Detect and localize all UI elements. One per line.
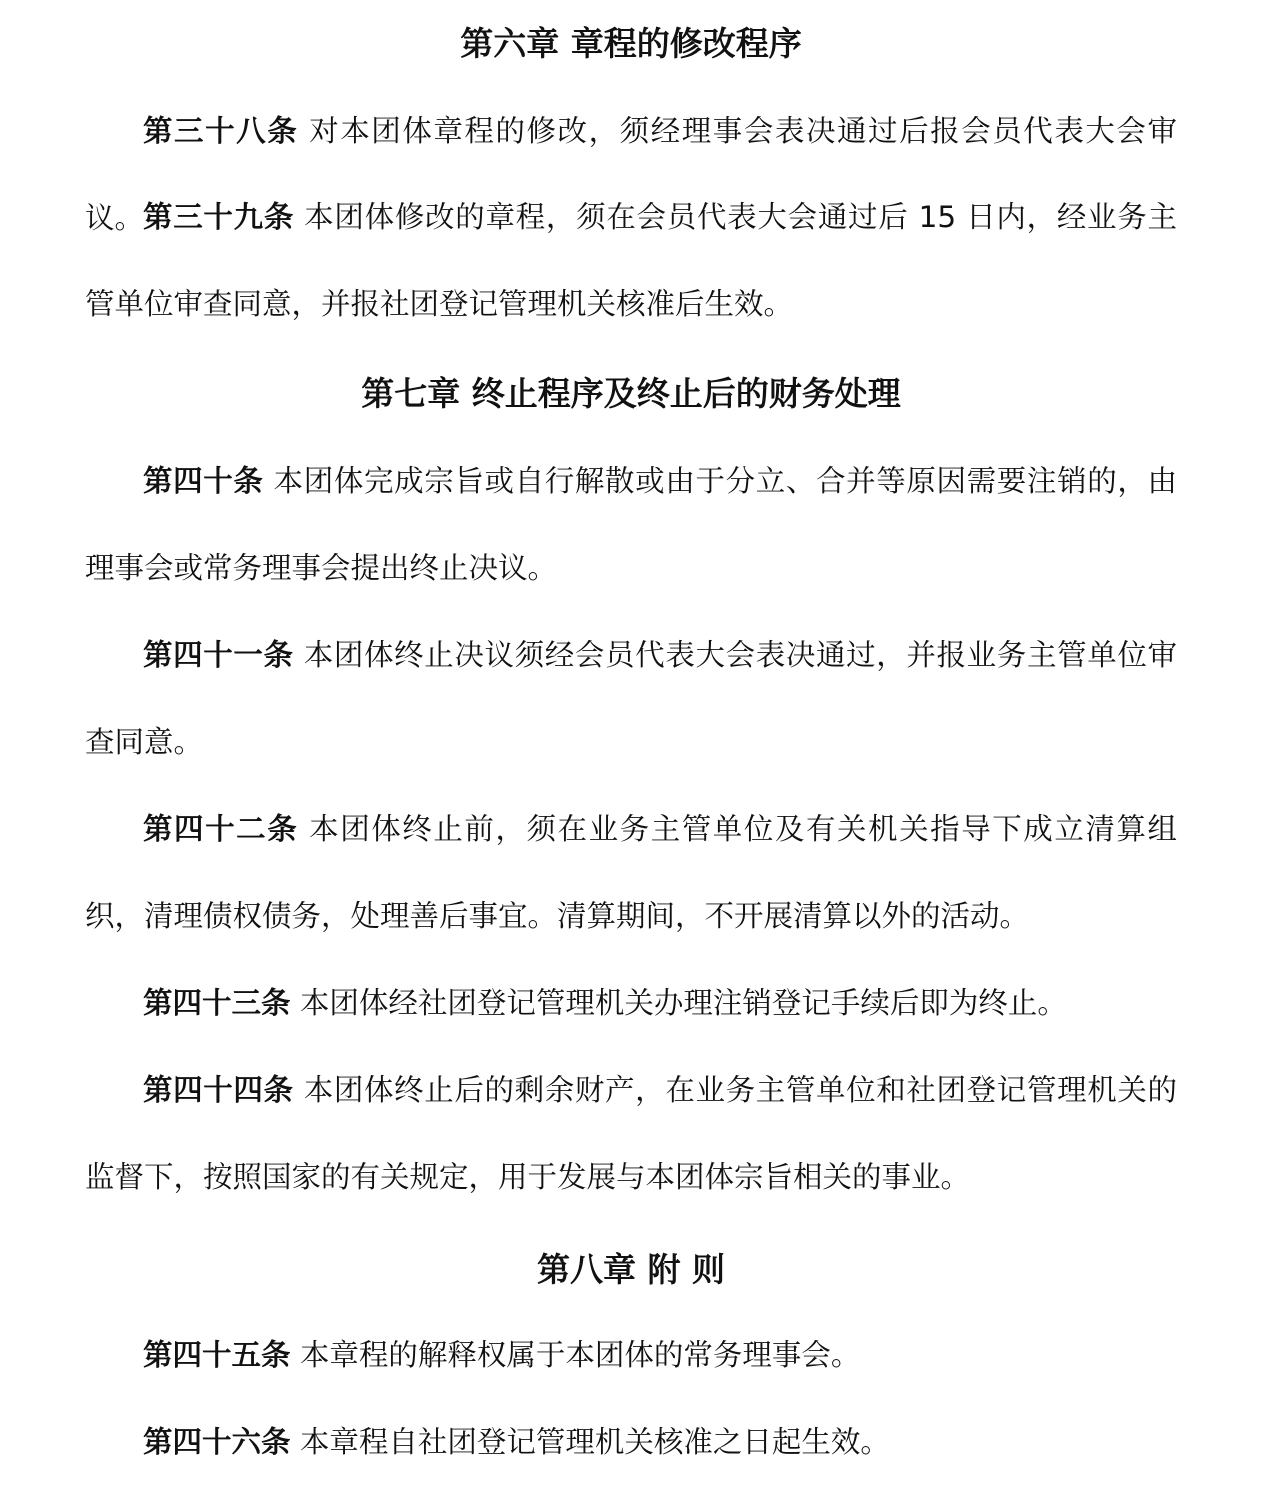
article-number: 第四十六条 (143, 1425, 291, 1459)
article-44: 第四十四条 本团体终止后的剩余财产，在业务主管单位和社团登记管理机关的监督下，按… (85, 1047, 1177, 1221)
article-number: 第四十三条 (143, 986, 291, 1020)
article-number: 第四十二条 (143, 812, 298, 846)
chapter-title-7: 第七章 终止程序及终止后的财务处理 (85, 372, 1177, 416)
article-46: 第四十六条 本章程自社团登记管理机关核准之日起生效。 (85, 1399, 1177, 1486)
article-43: 第四十三条 本团体经社团登记管理机关办理注销登记手续后即为终止。 (85, 960, 1177, 1047)
article-45: 第四十五条 本章程的解释权属于本团体的常务理事会。 (85, 1312, 1177, 1399)
article-number: 第三十八条 (143, 114, 298, 148)
article-number: 第四十五条 (143, 1338, 291, 1372)
chapter-title-8: 第八章 附 则 (85, 1248, 1177, 1292)
article-text: 本章程自社团登记管理机关核准之日起生效。 (291, 1425, 890, 1459)
chapter-title-6: 第六章 章程的修改程序 (85, 22, 1177, 66)
article-number: 第四十一条 (143, 638, 294, 672)
article-number: 第四十四条 (143, 1073, 294, 1107)
article-text: 本章程的解释权属于本团体的常务理事会。 (291, 1338, 861, 1372)
article-number: 第三十九条 (143, 200, 294, 234)
article-42: 第四十二条 本团体终止前，须在业务主管单位及有关机关指导下成立清算组织，清理债权… (85, 786, 1177, 960)
article-41: 第四十一条 本团体终止决议须经会员代表大会表决通过，并报业务主管单位审查同意。 (85, 612, 1177, 786)
article-40: 第四十条 本团体完成宗旨或自行解散或由于分立、合并等原因需要注销的，由理事会或常… (85, 438, 1177, 612)
article-text: 本团体经社团登记管理机关办理注销登记手续后即为终止。 (291, 986, 1067, 1020)
article-39: 第三十九条 本团体修改的章程，须在会员代表大会通过后 15 日内，经业务主管单位… (85, 174, 1177, 348)
article-number: 第四十条 (143, 464, 264, 498)
